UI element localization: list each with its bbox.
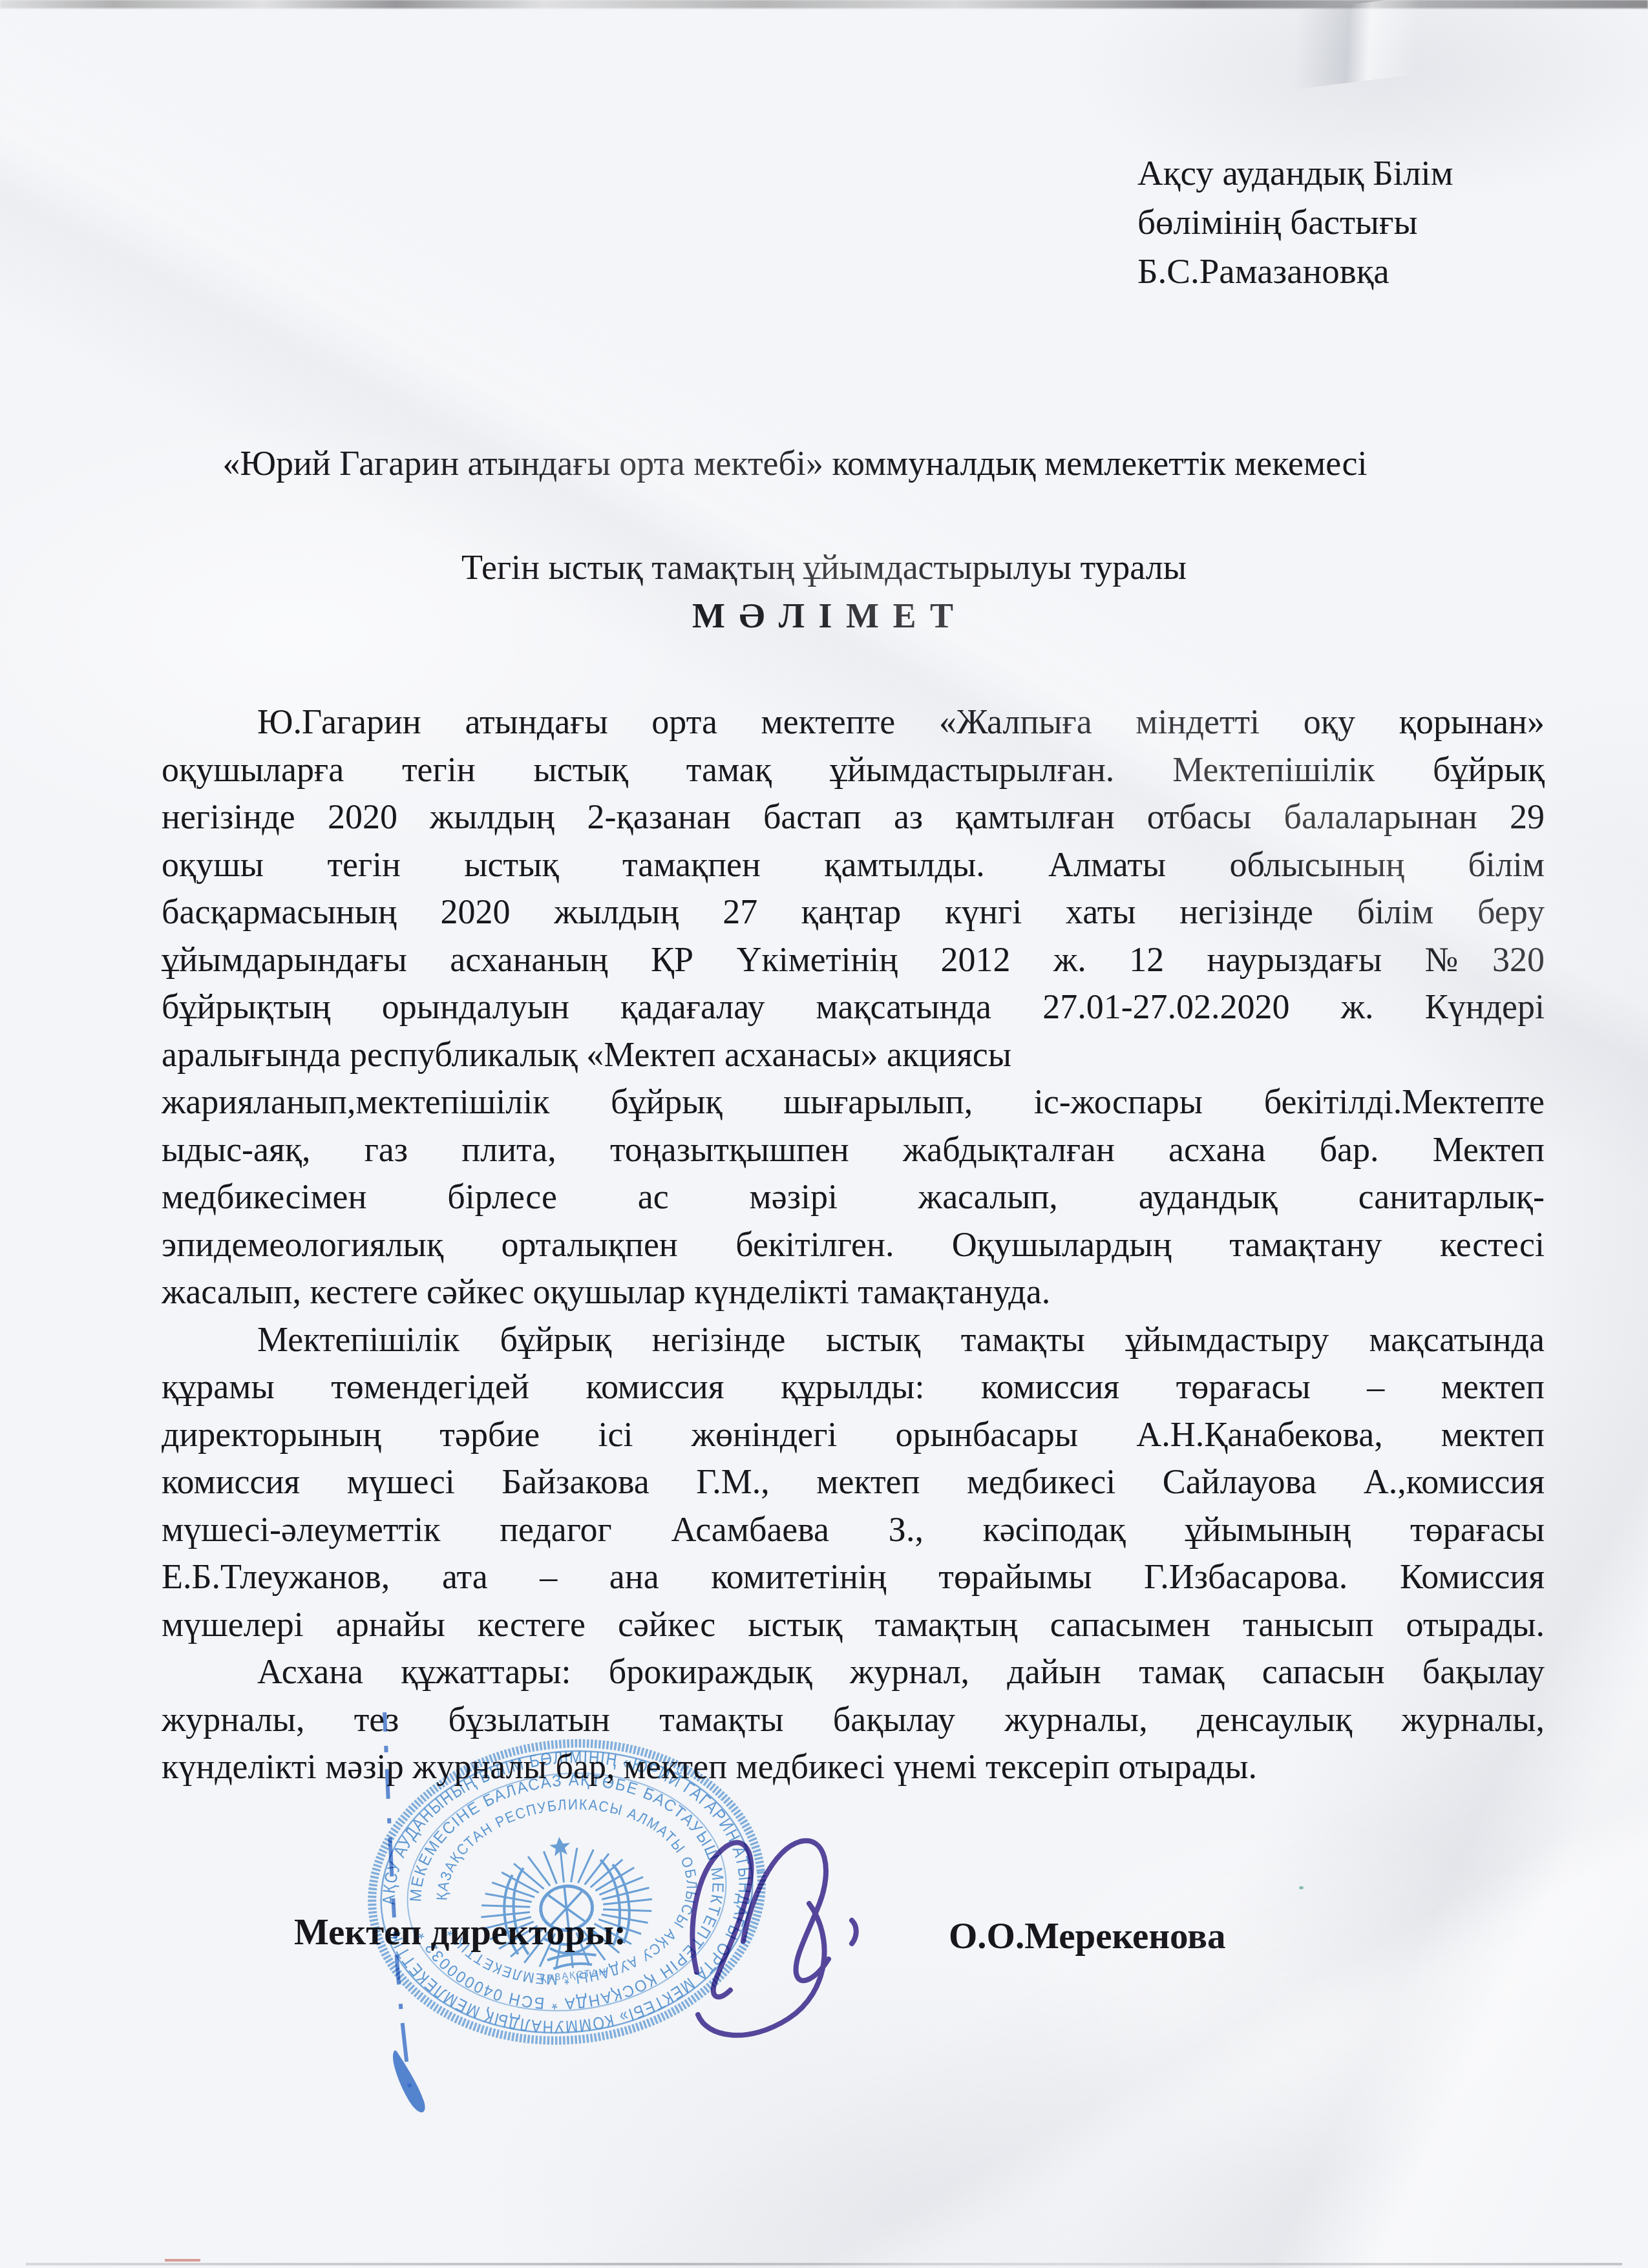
paper-crease: [1205, 0, 1509, 100]
body-line: ыдыс-аяқ, газ плита, тоңазытқышпен жабды…: [162, 1126, 1545, 1174]
body-line: құрамы төмендегідей комиссия құрылды: ко…: [162, 1363, 1545, 1411]
recipient-line: Ақсу аудандық Білім: [1137, 149, 1551, 198]
scanned-document-page: Ақсу аудандық Білімбөлімінің бастығыБ.С.…: [0, 0, 1648, 2268]
scan-artifact-speck: [165, 2259, 200, 2262]
organization-name-line: «Юрий Гагарин атындағы орта мектебі» ком…: [97, 443, 1493, 483]
signature-name: О.О.Мерекенова: [949, 1913, 1225, 1960]
body-line: бұйрықтың орындалуын қадағалау мақсатынд…: [162, 983, 1545, 1031]
scan-top-edge-shadow: [0, 0, 1648, 8]
body-line: комиссия мүшесі Байзакова Г.М., мектеп м…: [162, 1458, 1545, 1506]
document-title: М Ә Л І М Е Т: [0, 596, 1648, 636]
scan-artifact-speck: [1299, 1886, 1304, 1889]
document-body: Ю.Гагарин атындағы орта мектепте «Жалпығ…: [162, 698, 1545, 1791]
body-line: мүшесі-әлеуметтік педагог Асамбаева З., …: [162, 1506, 1545, 1554]
scan-bottom-edge-shadow: [26, 2263, 1622, 2265]
official-stamp: АҚСУ АУДАНЫНЫҢ БІЛІМ БӨЛІМІНІҢ «ЮРИЙ ГАГ…: [357, 1730, 777, 2053]
body-line: оқушыларға тегін ыстық тамақ ұйымдастыры…: [162, 746, 1545, 794]
body-line: Мектепішілік бұйрық негізінде ыстық тама…: [162, 1316, 1545, 1364]
body-line: жарияланып,мектепішілік бұйрық шығарылып…: [162, 1078, 1545, 1126]
body-line: Ю.Гагарин атындағы орта мектепте «Жалпығ…: [162, 698, 1545, 746]
body-line: медбикесімен бірлесе ас мәзірі жасалып, …: [162, 1173, 1545, 1221]
body-line: аралығында республикалық «Мектеп асханас…: [162, 1031, 1545, 1079]
body-line: басқармасының 2020 жылдың 27 қаңтар күнг…: [162, 888, 1545, 936]
body-line: директорының тәрбие ісі жөніндегі орынба…: [162, 1411, 1545, 1459]
recipient-block: Ақсу аудандық Білімбөлімінің бастығыБ.С.…: [1137, 149, 1551, 296]
recipient-line: бөлімінің бастығы: [1137, 198, 1551, 247]
body-line: Е.Б.Тлеужанов, ата – ана комитетінің төр…: [162, 1553, 1545, 1601]
body-line: эпидемеологиялық орталықпен бекітілген. …: [162, 1221, 1545, 1269]
body-line: оқушы тегін ыстық тамақпен қамтылды. Алм…: [162, 841, 1545, 889]
ink-smudge: [393, 2050, 425, 2112]
body-line: негізінде 2020 жылдың 2-қазанан бастап а…: [162, 793, 1545, 841]
recipient-line: Б.С.Рамазановқа: [1137, 247, 1551, 296]
body-line: Асхана құжаттары: брокираждық журнал, да…: [162, 1648, 1545, 1696]
body-line: мүшелері арнайы кестеге сәйкес ыстық там…: [162, 1601, 1545, 1649]
body-line: жасалып, кестеге сәйкес оқушылар күнделі…: [162, 1268, 1545, 1316]
subject-line: Тегін ыстық тамақтың ұйымдастырылуы тура…: [0, 547, 1648, 587]
body-line: ұйымдарындағы асхананың ҚР Үкіметінің 20…: [162, 936, 1545, 984]
